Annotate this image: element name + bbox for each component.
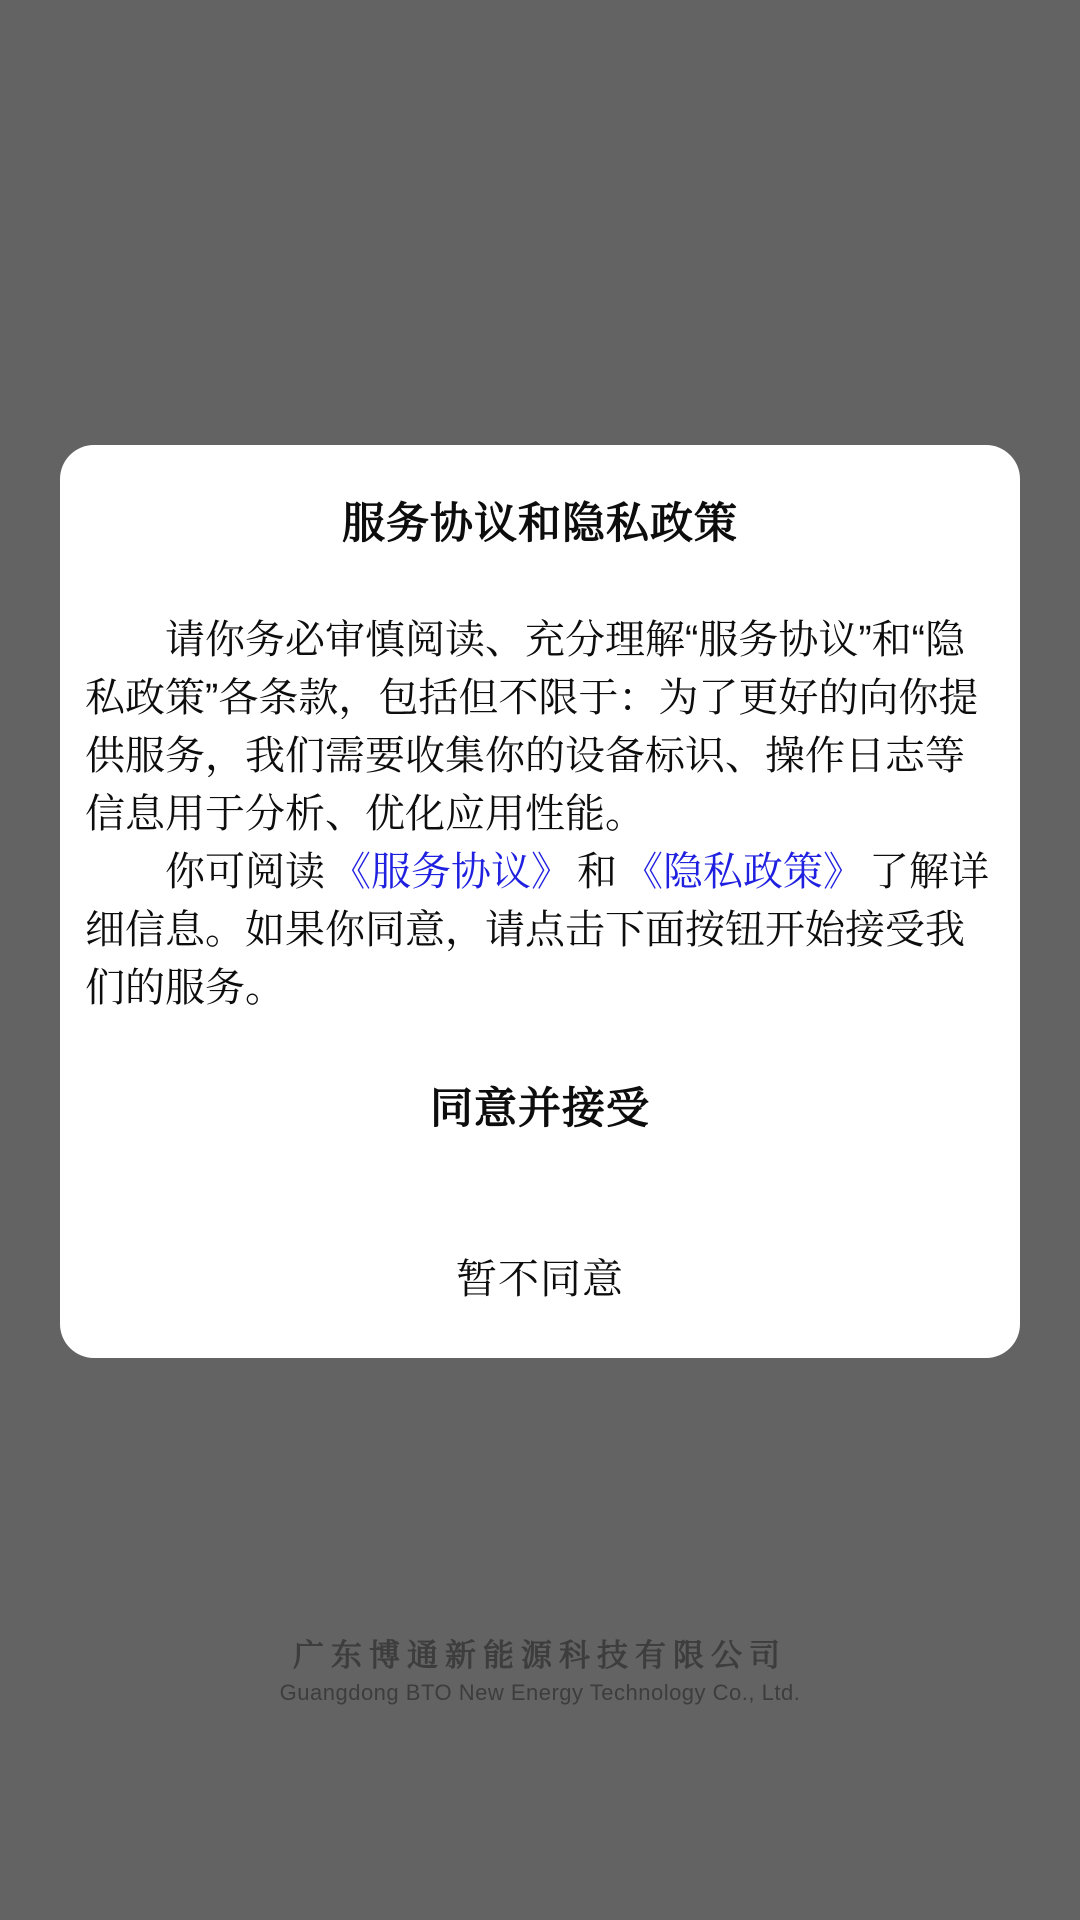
paragraph-2-text-before: 你可阅读 — [165, 850, 325, 894]
company-name-chinese: 广东博通新能源科技有限公司 — [0, 1636, 1080, 1676]
company-name-english: Guangdong BTO New Energy Technology Co.,… — [0, 1678, 1080, 1708]
paragraph-2-text-middle: 和 — [577, 850, 617, 894]
dialog-paragraph-2: 你可阅读《服务协议》和《隐私政策》了解详细信息。如果你同意，请点击下面按钮开始接… — [85, 843, 995, 1017]
privacy-policy-link[interactable]: 《隐私政策》 — [623, 850, 863, 894]
dialog-paragraph-1: 请你务必审慎阅读、充分理解“服务协议”和“隐私政策”各条款，包括但不限于：为了更… — [85, 611, 995, 843]
disagree-button[interactable]: 暂不同意 — [456, 1246, 624, 1305]
agree-accept-button[interactable]: 同意并接受 — [430, 1075, 650, 1136]
company-footer: 广东博通新能源科技有限公司 Guangdong BTO New Energy T… — [0, 1636, 1080, 1708]
paragraph-1-text: 请你务必审慎阅读、充分理解“服务协议”和“隐私政策”各条款，包括但不限于：为了更… — [85, 618, 978, 836]
dialog-title: 服务协议和隐私政策 — [342, 499, 738, 549]
dialog-body: 请你务必审慎阅读、充分理解“服务协议”和“隐私政策”各条款，包括但不限于：为了更… — [85, 611, 995, 1017]
service-agreement-link[interactable]: 《服务协议》 — [331, 850, 571, 894]
privacy-policy-dialog: 服务协议和隐私政策 请你务必审慎阅读、充分理解“服务协议”和“隐私政策”各条款，… — [60, 445, 1020, 1358]
